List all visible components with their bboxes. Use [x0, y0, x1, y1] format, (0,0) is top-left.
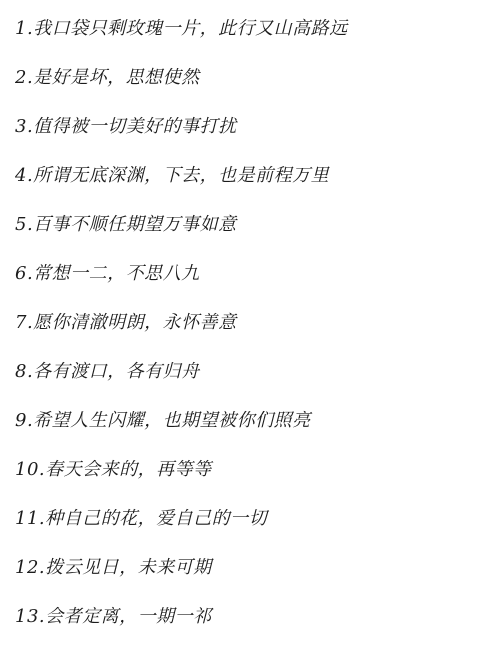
quote-line-9: 9.希望人生闪耀，也期望被你们照亮 [15, 396, 490, 445]
quote-list-page: 1.我口袋只剩玫瑰一片，此行又山高路远 2.是好是坏，思想使然 3.值得被一切美… [0, 0, 500, 650]
quote-line-3: 3.值得被一切美好的事打扰 [15, 102, 490, 151]
quote-line-8: 8.各有渡口，各有归舟 [15, 347, 490, 396]
quote-line-4: 4.所谓无底深渊，下去，也是前程万里 [15, 151, 490, 200]
quote-line-7: 7.愿你清澈明朗，永怀善意 [15, 298, 490, 347]
quote-line-10: 10.春天会来的，再等等 [15, 445, 490, 494]
quote-line-13: 13.会者定离，一期一祁 [15, 592, 490, 641]
quote-line-11: 11.种自己的花，爱自己的一切 [15, 494, 490, 543]
quote-line-6: 6.常想一二，不思八九 [15, 249, 490, 298]
quote-line-2: 2.是好是坏，思想使然 [15, 53, 490, 102]
quote-line-12: 12.拨云见日，未来可期 [15, 543, 490, 592]
quote-line-1: 1.我口袋只剩玫瑰一片，此行又山高路远 [15, 4, 490, 53]
quote-line-5: 5.百事不顺任期望万事如意 [15, 200, 490, 249]
